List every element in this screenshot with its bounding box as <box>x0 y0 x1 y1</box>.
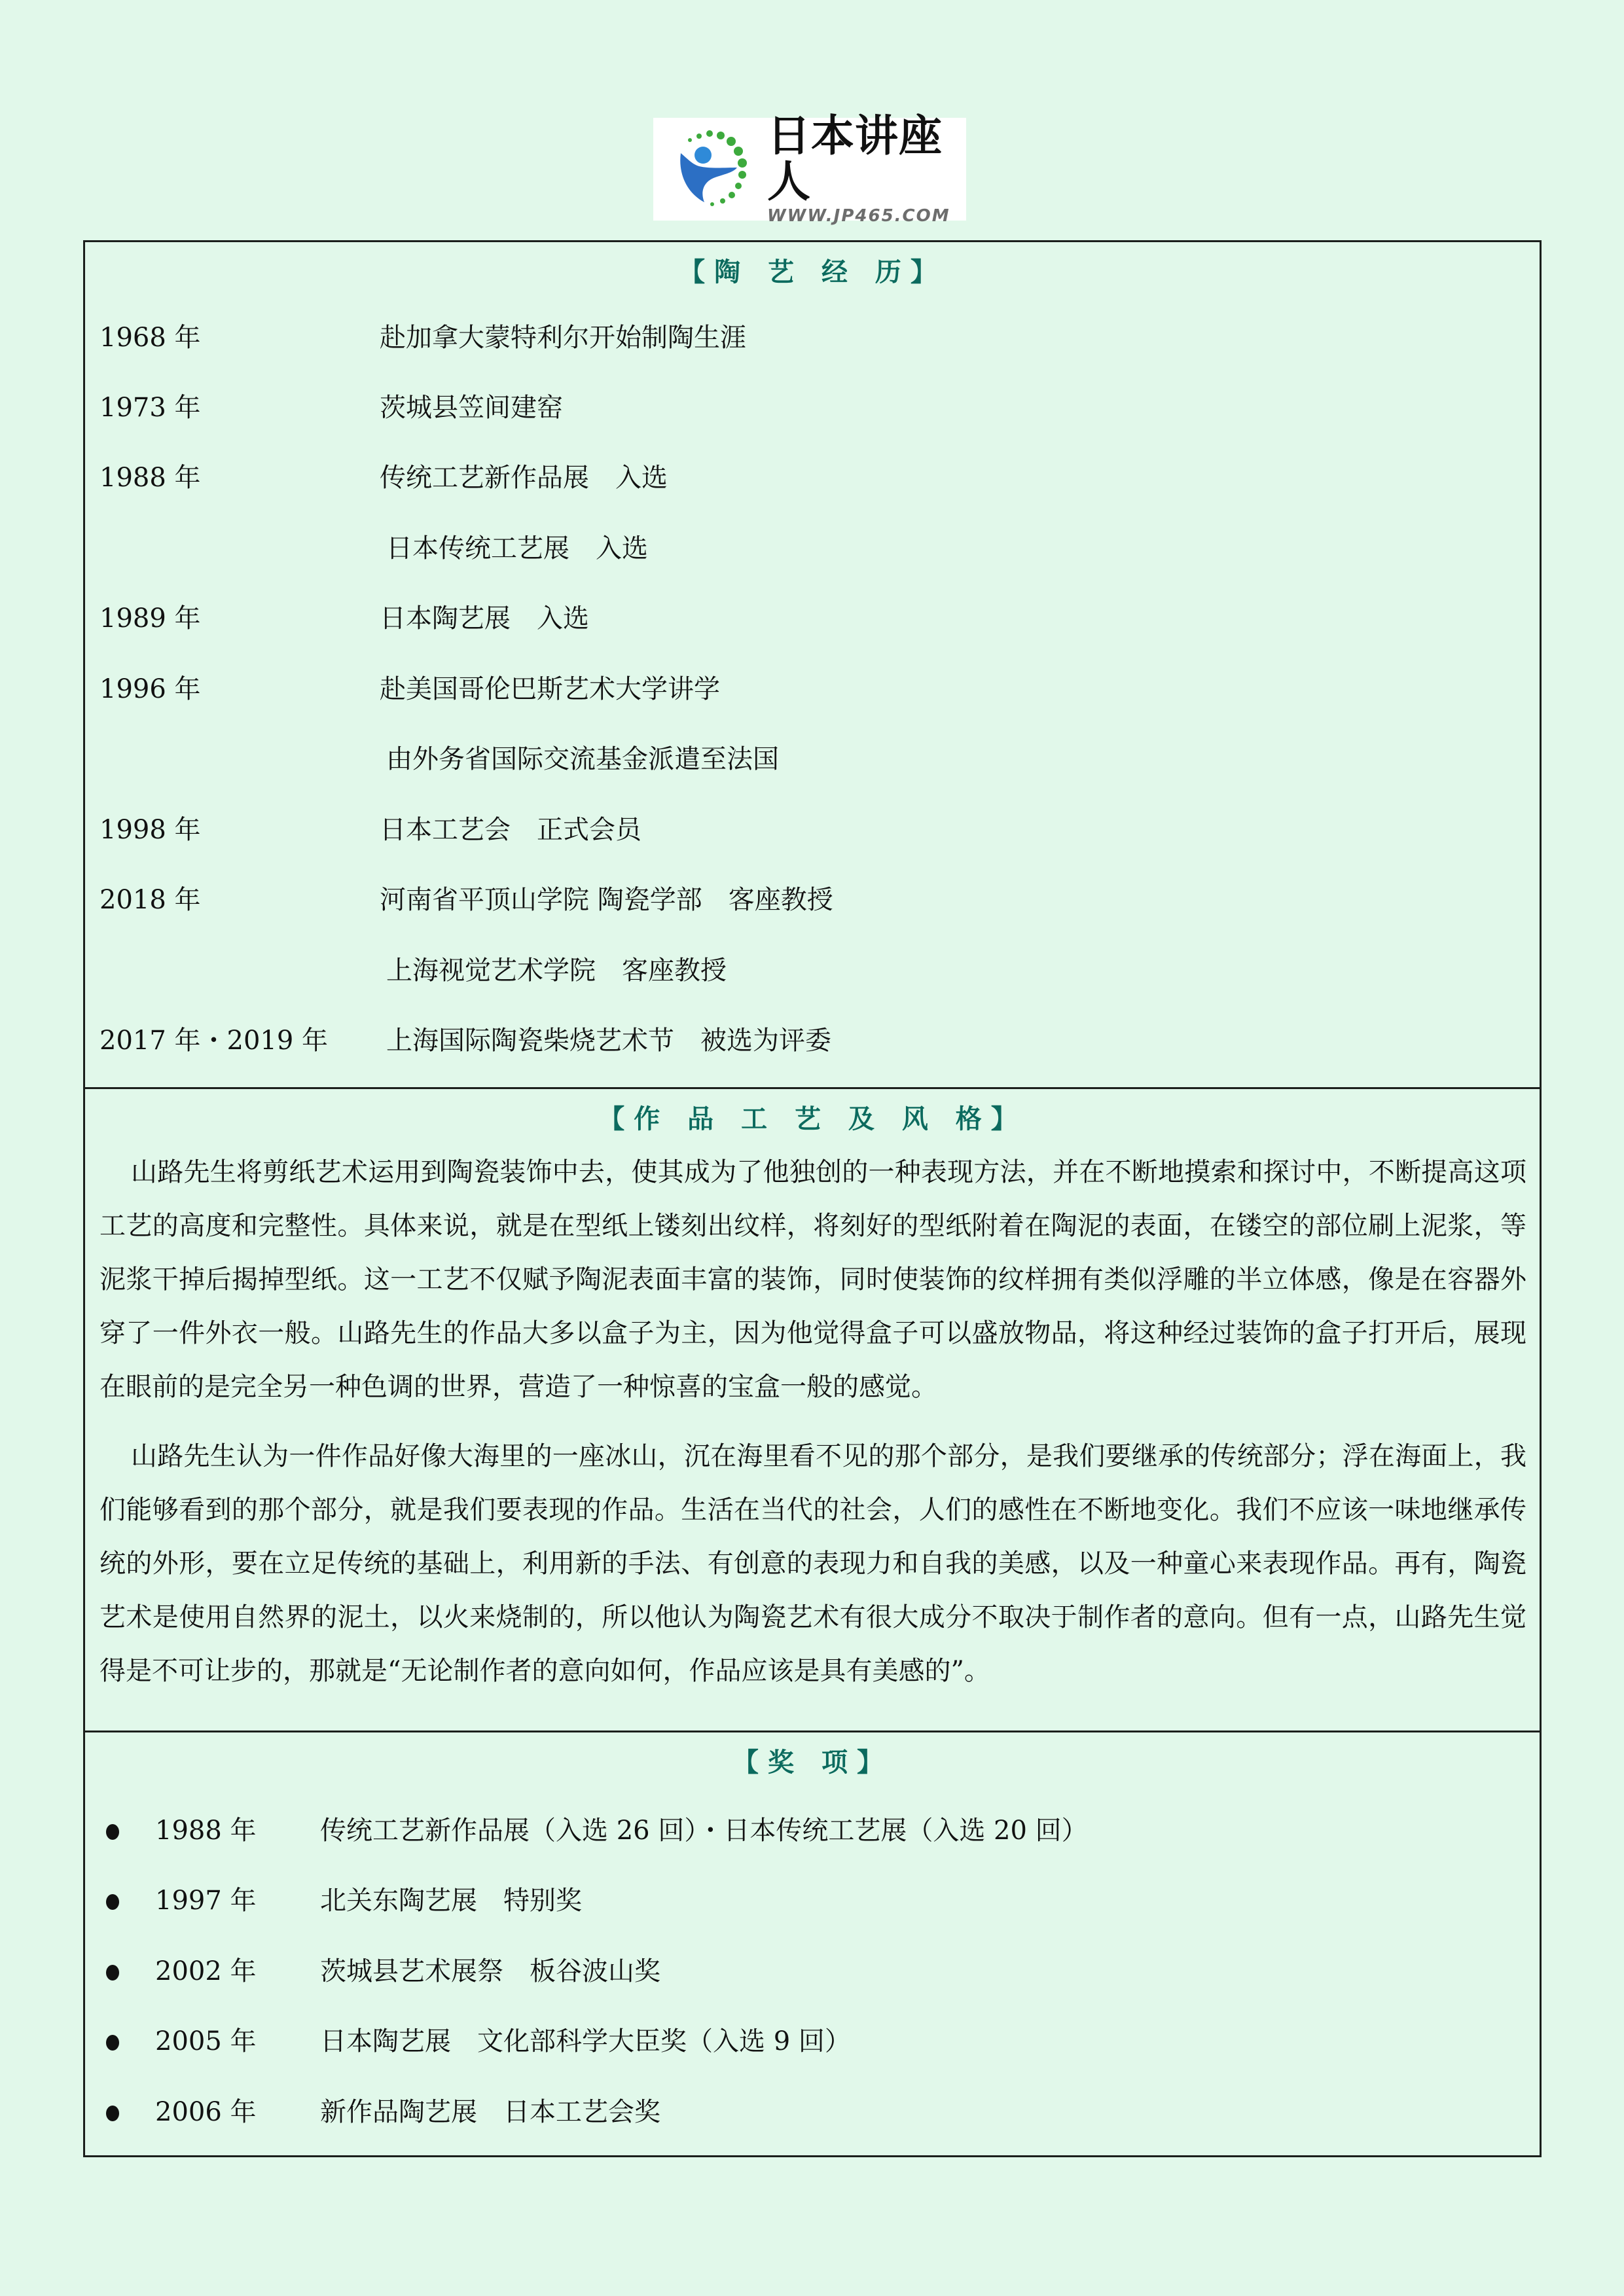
style-paragraph: 山路先生将剪纸艺术运用到陶瓷装饰中去，使其成为了他独创的一种表现方法，并在不断地… <box>99 1145 1526 1414</box>
awards-section: 【奖 项】 1988 年 传统工艺新作品展（入选 26 回）・日本传统工艺展（入… <box>85 1732 1540 2155</box>
award-year: 2005 年 <box>155 2025 257 2058</box>
experience-text: 上海国际陶瓷柴烧艺术节 被选为评委 <box>386 1024 831 1057</box>
experience-text: 日本工艺会 正式会员 <box>380 814 641 846</box>
award-year: 1997 年 <box>155 1884 257 1917</box>
experience-text: 日本陶艺展 入选 <box>380 602 589 635</box>
bullet-icon <box>106 2106 119 2121</box>
experience-year: 1988 年 <box>99 461 201 494</box>
award-year: 2006 年 <box>155 2096 257 2128</box>
experience-text: 上海视觉艺术学院 客座教授 <box>386 954 727 987</box>
experience-text: 传统工艺新作品展 入选 <box>380 461 668 494</box>
bullet-icon <box>106 2035 119 2051</box>
logo-figure-icon <box>673 127 758 212</box>
award-text: 日本陶艺展 文化部科学大臣奖（入选 9 回） <box>320 2025 851 2058</box>
style-heading: 【作 品 工 艺 及 风 格】 <box>85 1089 1540 1139</box>
style-paragraph: 山路先生认为一件作品好像大海里的一座冰山，沉在海里看不见的那个部分，是我们要继承… <box>99 1429 1526 1698</box>
experience-year: 1989 年 <box>99 602 201 635</box>
award-text: 新作品陶艺展 日本工艺会奖 <box>320 2096 660 2128</box>
experience-heading: 【陶 艺 经 历】 <box>85 242 1540 292</box>
award-year: 2002 年 <box>155 1955 257 1988</box>
experience-year: 2018 年 <box>99 884 201 916</box>
awards-heading: 【奖 项】 <box>85 1732 1540 1782</box>
experience-text: 茨城县笠间建窑 <box>380 391 563 424</box>
experience-section: 【陶 艺 经 历】 1968 年 赴加拿大蒙特利尔开始制陶生涯 1973 年 茨… <box>85 242 1540 1089</box>
bullet-icon <box>106 1965 119 1981</box>
experience-year: 1973 年 <box>99 391 201 424</box>
experience-year: 1998 年 <box>99 814 201 846</box>
award-year: 1988 年 <box>155 1814 257 1847</box>
bullet-icon <box>106 1894 119 1910</box>
bullet-icon <box>106 1824 119 1840</box>
logo: 日本讲座人 WWW.JP465.COM <box>653 118 966 221</box>
experience-year: 1996 年 <box>99 673 201 706</box>
award-text: 北关东陶艺展 特别奖 <box>320 1884 582 1917</box>
resume-table: 【陶 艺 经 历】 1968 年 赴加拿大蒙特利尔开始制陶生涯 1973 年 茨… <box>83 240 1542 2157</box>
style-section: 【作 品 工 艺 及 风 格】 山路先生将剪纸艺术运用到陶瓷装饰中去，使其成为了… <box>85 1089 1540 1732</box>
award-text: 茨城县艺术展祭 板谷波山奖 <box>320 1955 660 1988</box>
experience-year: 1968 年 <box>99 321 201 354</box>
logo-title: 日本讲座人 <box>767 113 966 205</box>
experience-text: 赴加拿大蒙特利尔开始制陶生涯 <box>380 321 746 354</box>
experience-text: 河南省平顶山学院 陶瓷学部 客座教授 <box>380 884 833 916</box>
logo-url: WWW.JP465.COM <box>767 206 966 226</box>
experience-text: 赴美国哥伦巴斯艺术大学讲学 <box>380 673 720 706</box>
experience-text: 由外务省国际交流基金派遣至法国 <box>386 743 779 776</box>
experience-text: 日本传统工艺展 入选 <box>386 532 648 565</box>
experience-year: 2017 年・2019 年 <box>99 1024 328 1057</box>
award-item: 2006 年 新作品陶艺展 日本工艺会奖 <box>99 2096 149 2259</box>
award-text: 传统工艺新作品展（入选 26 回）・日本传统工艺展（入选 20 回） <box>320 1814 1088 1847</box>
